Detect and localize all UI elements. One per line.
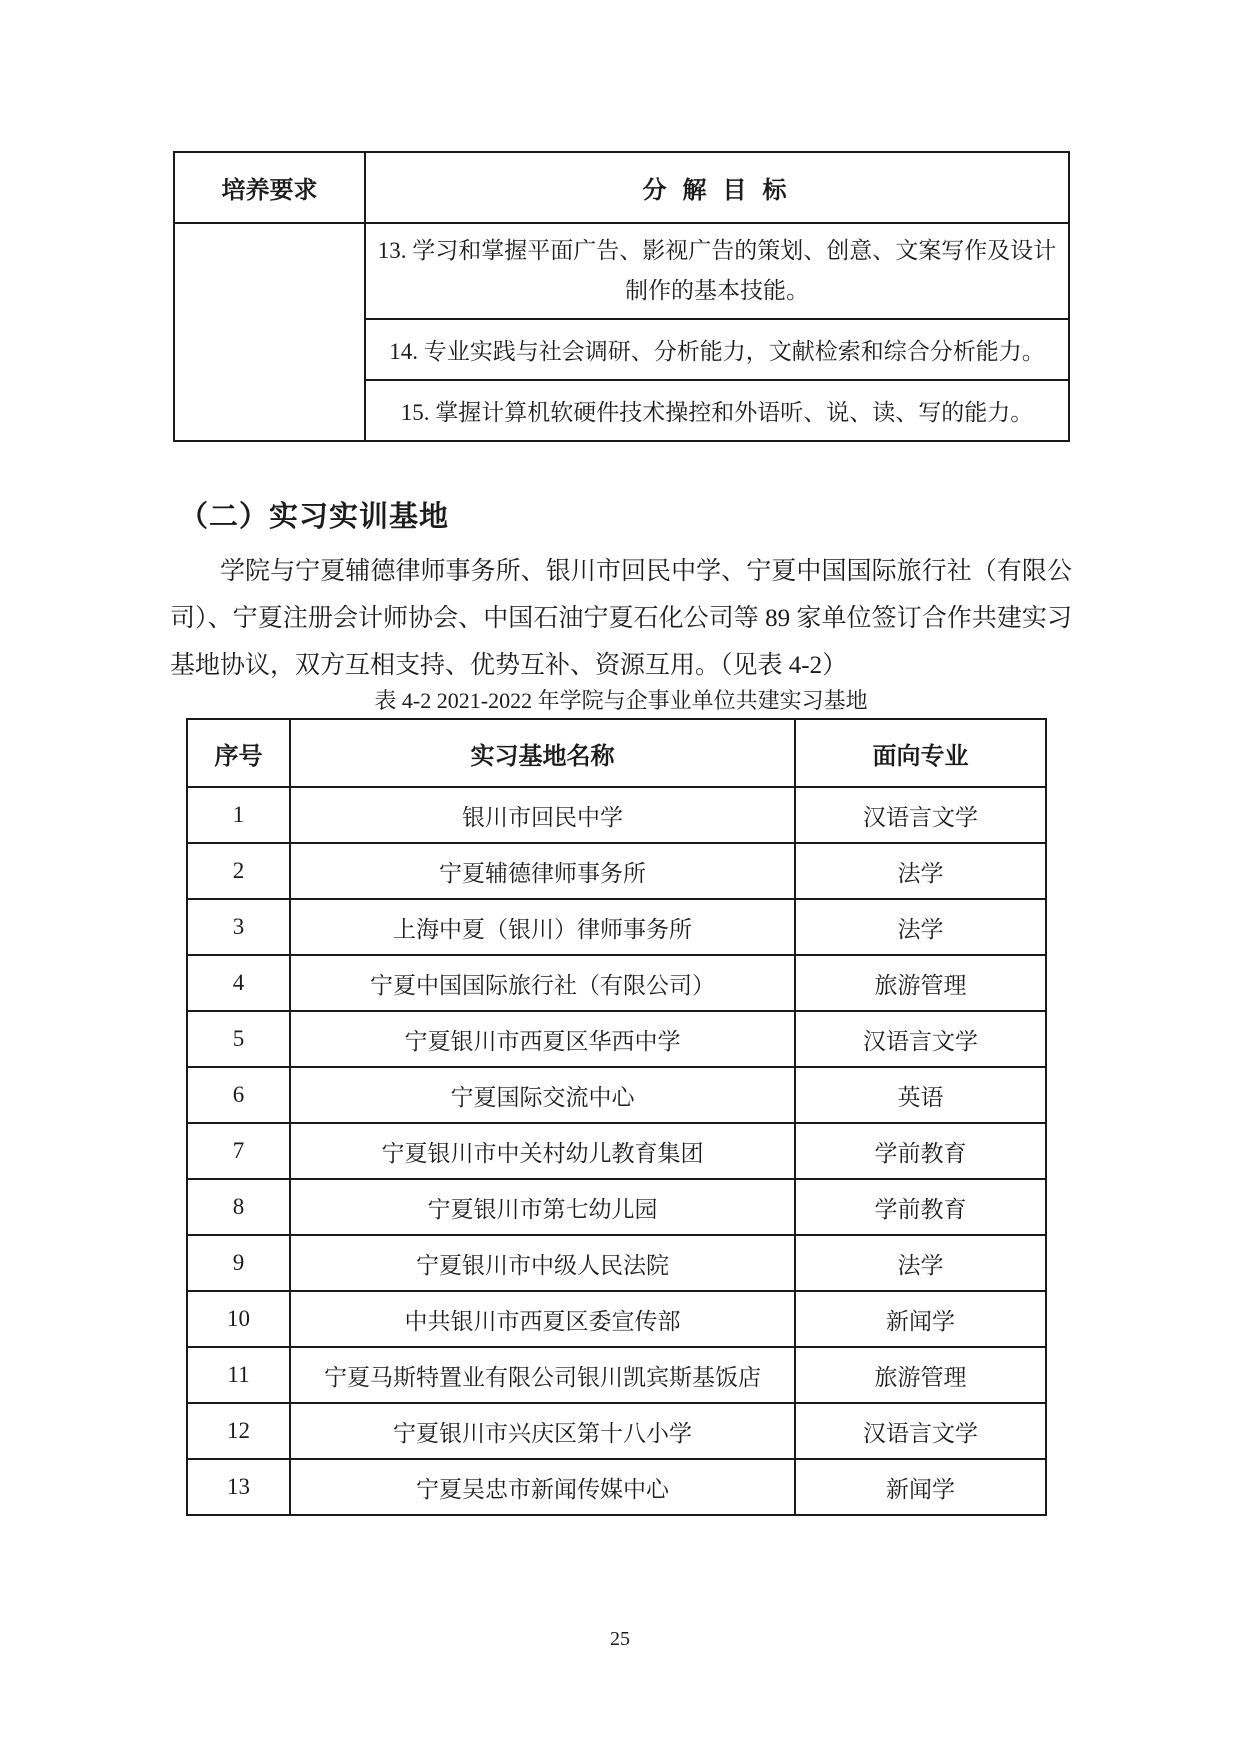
- table-row: 12 宁夏银川市兴庆区第十八小学 汉语言文学: [187, 1403, 1046, 1459]
- table-row: 4 宁夏中国国际旅行社（有限公司） 旅游管理: [187, 955, 1046, 1011]
- table-row: 13 宁夏吴忠市新闻传媒中心 新闻学: [187, 1459, 1046, 1515]
- cell-no: 12: [187, 1403, 290, 1459]
- table-row: 8 宁夏银川市第七幼儿园 学前教育: [187, 1179, 1046, 1235]
- cell-name: 宁夏马斯特置业有限公司银川凯宾斯基饭店: [290, 1347, 795, 1403]
- requirement-row-13: 13. 学习和掌握平面广告、影视广告的策划、创意、文案写作及设计制作的基本技能。: [174, 223, 1069, 319]
- cell-no: 6: [187, 1067, 290, 1123]
- column-header-name: 实习基地名称: [290, 719, 795, 787]
- header-requirement: 培养要求: [174, 152, 365, 223]
- column-header-major: 面向专业: [795, 719, 1046, 787]
- cell-name: 中共银川市西夏区委宣传部: [290, 1291, 795, 1347]
- internship-bases-table: 序号 实习基地名称 面向专业 1 银川市回民中学 汉语言文学 2 宁夏辅德律师事…: [186, 718, 1047, 1516]
- cell-no: 8: [187, 1179, 290, 1235]
- cell-no: 1: [187, 787, 290, 843]
- table-row: 3 上海中夏（银川）律师事务所 法学: [187, 899, 1046, 955]
- cell-no: 9: [187, 1235, 290, 1291]
- document-page: 培养要求 分 解 目 标 13. 学习和掌握平面广告、影视广告的策划、创意、文案…: [0, 0, 1240, 1753]
- header-goal: 分 解 目 标: [365, 152, 1069, 223]
- cell-no: 5: [187, 1011, 290, 1067]
- requirement-merged-empty-cell: [174, 223, 365, 441]
- cell-no: 2: [187, 843, 290, 899]
- cell-name: 宁夏银川市兴庆区第十八小学: [290, 1403, 795, 1459]
- cell-major: 旅游管理: [795, 955, 1046, 1011]
- cell-major: 英语: [795, 1067, 1046, 1123]
- cell-major: 法学: [795, 843, 1046, 899]
- cell-major: 学前教育: [795, 1123, 1046, 1179]
- cell-major: 法学: [795, 1235, 1046, 1291]
- requirements-header-row: 培养要求 分 解 目 标: [174, 152, 1069, 223]
- table-row: 5 宁夏银川市西夏区华西中学 汉语言文学: [187, 1011, 1046, 1067]
- cell-name: 宁夏吴忠市新闻传媒中心: [290, 1459, 795, 1515]
- cell-name: 宁夏辅德律师事务所: [290, 843, 795, 899]
- section-heading: （二）实习实训基地: [179, 494, 449, 535]
- cell-major: 汉语言文学: [795, 787, 1046, 843]
- goal-item-14: 14. 专业实践与社会调研、分析能力，文献检索和综合分析能力。: [365, 319, 1069, 380]
- cell-major: 新闻学: [795, 1291, 1046, 1347]
- cell-name: 宁夏国际交流中心: [290, 1067, 795, 1123]
- table-row: 1 银川市回民中学 汉语言文学: [187, 787, 1046, 843]
- training-requirements-table: 培养要求 分 解 目 标 13. 学习和掌握平面广告、影视广告的策划、创意、文案…: [173, 151, 1070, 442]
- cell-major: 法学: [795, 899, 1046, 955]
- cell-name: 宁夏中国国际旅行社（有限公司）: [290, 955, 795, 1011]
- cell-major: 汉语言文学: [795, 1011, 1046, 1067]
- cell-name: 上海中夏（银川）律师事务所: [290, 899, 795, 955]
- cell-no: 4: [187, 955, 290, 1011]
- table-row: 10 中共银川市西夏区委宣传部 新闻学: [187, 1291, 1046, 1347]
- cell-name: 宁夏银川市中级人民法院: [290, 1235, 795, 1291]
- cell-name: 宁夏银川市中关村幼儿教育集团: [290, 1123, 795, 1179]
- cell-no: 7: [187, 1123, 290, 1179]
- cell-major: 学前教育: [795, 1179, 1046, 1235]
- table-row: 11 宁夏马斯特置业有限公司银川凯宾斯基饭店 旅游管理: [187, 1347, 1046, 1403]
- cell-no: 11: [187, 1347, 290, 1403]
- cell-name: 宁夏银川市第七幼儿园: [290, 1179, 795, 1235]
- table-row: 6 宁夏国际交流中心 英语: [187, 1067, 1046, 1123]
- cell-no: 10: [187, 1291, 290, 1347]
- cell-no: 3: [187, 899, 290, 955]
- section-paragraph: 学院与宁夏辅德律师事务所、银川市回民中学、宁夏中国国际旅行社（有限公司）、宁夏注…: [170, 548, 1072, 689]
- cell-major: 新闻学: [795, 1459, 1046, 1515]
- cell-name: 宁夏银川市西夏区华西中学: [290, 1011, 795, 1067]
- cell-no: 13: [187, 1459, 290, 1515]
- table-row: 9 宁夏银川市中级人民法院 法学: [187, 1235, 1046, 1291]
- page-number: 25: [0, 1628, 1240, 1651]
- table-row: 7 宁夏银川市中关村幼儿教育集团 学前教育: [187, 1123, 1046, 1179]
- bases-header-row: 序号 实习基地名称 面向专业: [187, 719, 1046, 787]
- cell-major: 旅游管理: [795, 1347, 1046, 1403]
- column-header-no: 序号: [187, 719, 290, 787]
- table-row: 2 宁夏辅德律师事务所 法学: [187, 843, 1046, 899]
- cell-major: 汉语言文学: [795, 1403, 1046, 1459]
- goal-item-13: 13. 学习和掌握平面广告、影视广告的策划、创意、文案写作及设计制作的基本技能。: [365, 223, 1069, 319]
- goal-item-15: 15. 掌握计算机软硬件技术操控和外语听、说、读、写的能力。: [365, 380, 1069, 441]
- table-4-2-caption: 表 4-2 2021-2022 年学院与企事业单位共建实习基地: [170, 684, 1072, 715]
- cell-name: 银川市回民中学: [290, 787, 795, 843]
